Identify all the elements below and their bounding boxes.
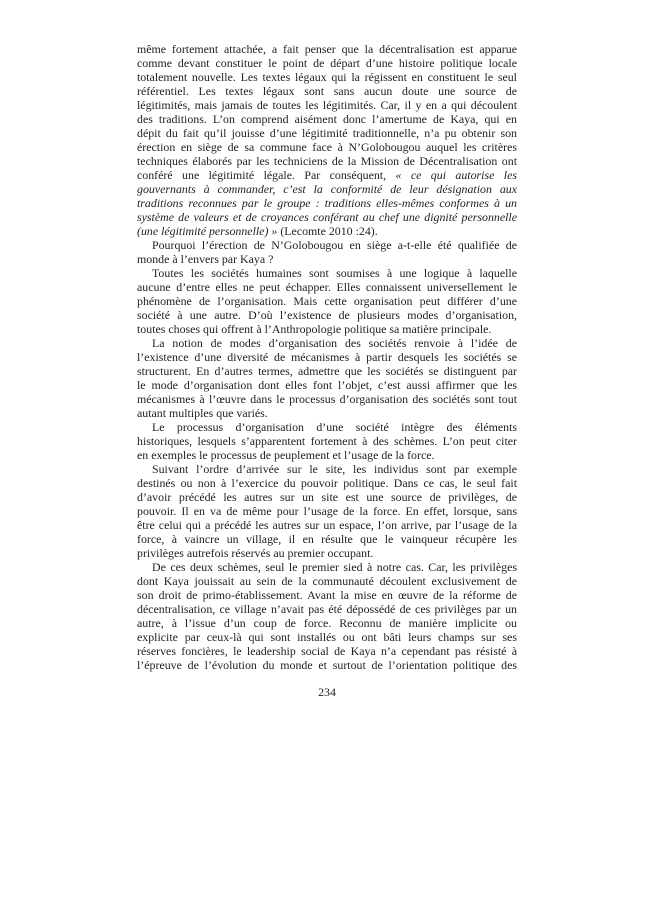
text-line: l’existence d’une diversité de mécanisme…: [137, 350, 517, 364]
text-line: comme devant constituer le point de dépa…: [137, 56, 517, 70]
text-line: autre, à l’issue d’un coup de force. Rec…: [137, 616, 517, 630]
text-line: pouvoir. Il en va de même pour l’usage d…: [137, 504, 517, 518]
document-page: même fortement attachée, a fait penser q…: [0, 0, 650, 920]
text-line: toutes choses qui offrent à l’Anthropolo…: [137, 322, 517, 336]
text-run: des traditions. L’on comprend aisément d…: [137, 112, 517, 126]
text-line: le mode d’organisation dont elles font l…: [137, 378, 517, 392]
text-run: destinés ou non à l’exercice du pouvoir …: [137, 476, 517, 490]
text-line: force, à vaincre un village, il en résul…: [137, 532, 517, 546]
text-run: société à une autre. D’où l’existence de…: [137, 308, 517, 322]
text-line: réserves foncières, le leadership social…: [137, 644, 517, 658]
text-line: autant multiples que variés.: [137, 406, 517, 420]
text-line: légitimités, mais jamais de toutes les l…: [137, 98, 517, 112]
text-line: historiques, lesquels s’apparentent fort…: [137, 434, 517, 448]
text-run: force, à vaincre un village, il en résul…: [137, 532, 517, 546]
italic-text-run: système de valeurs et de croyances confé…: [137, 210, 517, 224]
text-line: société à une autre. D’où l’existence de…: [137, 308, 517, 322]
text-line: De ces deux schèmes, seul le premier sie…: [137, 560, 517, 574]
text-run: comme devant constituer le point de dépa…: [137, 56, 517, 70]
text-run: La notion de modes d’organisation des so…: [152, 336, 517, 350]
text-run: (Lecomte 2010 :24).: [280, 224, 377, 238]
text-line: monde à l’envers par Kaya ?: [137, 252, 517, 266]
text-line: en exemples le processus de peuplement e…: [137, 448, 517, 462]
text-run: Suivant l’ordre d’arrivée sur le site, l…: [152, 462, 517, 476]
text-line: mécanismes à l’œuvre dans le processus d…: [137, 392, 517, 406]
italic-text-run: « ce qui autorise les: [396, 168, 518, 182]
text-line: explicite par ceux-là qui sont installés…: [137, 630, 517, 644]
italic-text-run: traditions reconnues par le groupe : tra…: [137, 196, 517, 210]
text-line: Pourquoi l’érection de N’Golobougou en s…: [137, 238, 517, 252]
text-run: toutes choses qui offrent à l’Anthropolo…: [137, 322, 491, 336]
text-run: l’épreuve de l’évolution du monde et sur…: [137, 658, 517, 672]
text-line: érection en siège de sa commune face à N…: [137, 140, 517, 154]
text-line: être celui qui a précédé les autres sur …: [137, 518, 517, 532]
text-run: érection en siège de sa commune face à N…: [137, 140, 517, 154]
text-line: Toutes les sociétés humaines sont soumis…: [137, 266, 517, 280]
text-run: De ces deux schèmes, seul le premier sie…: [152, 560, 517, 574]
paragraph: De ces deux schèmes, seul le premier sie…: [137, 560, 517, 672]
page-number: 234: [137, 685, 517, 699]
text-run: historiques, lesquels s’apparentent fort…: [137, 434, 517, 448]
paragraph: Suivant l’ordre d’arrivée sur le site, l…: [137, 462, 517, 560]
text-run: phénomène de l’organisation. Mais cette …: [137, 294, 517, 308]
text-run: monde à l’envers par Kaya ?: [137, 252, 273, 266]
text-run: Toutes les sociétés humaines sont soumis…: [152, 266, 517, 280]
text-run: dépit du fait qu’il jouisse d’une légiti…: [137, 126, 517, 140]
text-run: aucune d’entre elles ne peut échapper. E…: [137, 280, 517, 294]
text-run: Pourquoi l’érection de N’Golobougou en s…: [152, 238, 517, 252]
text-line: Suivant l’ordre d’arrivée sur le site, l…: [137, 462, 517, 476]
text-run: autant multiples que variés.: [137, 406, 268, 420]
page-text-block: même fortement attachée, a fait penser q…: [137, 42, 517, 672]
text-line: gouvernants à commander, c’est la confor…: [137, 182, 517, 196]
text-line: référentiel. Les textes légaux sont sans…: [137, 84, 517, 98]
text-run: être celui qui a précédé les autres sur …: [137, 518, 517, 532]
text-line: Le processus d’organisation d’une sociét…: [137, 420, 517, 434]
text-line: La notion de modes d’organisation des so…: [137, 336, 517, 350]
text-run: autre, à l’issue d’un coup de force. Rec…: [137, 616, 517, 630]
text-line: (une légitimité personnelle) » (Lecomte …: [137, 224, 517, 238]
text-run: pouvoir. Il en va de même pour l’usage d…: [137, 504, 517, 518]
paragraph: Le processus d’organisation d’une sociét…: [137, 420, 517, 462]
paragraph: même fortement attachée, a fait penser q…: [137, 42, 517, 238]
text-line: décentralisation, ce village n’avait pas…: [137, 602, 517, 616]
text-line: des traditions. L’on comprend aisément d…: [137, 112, 517, 126]
text-run: d’avoir précédé les autres sur un site e…: [137, 490, 517, 504]
text-line: l’épreuve de l’évolution du monde et sur…: [137, 658, 517, 672]
text-run: décentralisation, ce village n’avait pas…: [137, 602, 517, 616]
text-run: dont Kaya jouissait au sein de la commun…: [137, 574, 517, 588]
text-run: Le processus d’organisation d’une sociét…: [152, 420, 517, 434]
text-line: conféré une légitimité légale. Par consé…: [137, 168, 517, 182]
text-line: privilèges autrefois réservés au premier…: [137, 546, 517, 560]
paragraph: La notion de modes d’organisation des so…: [137, 336, 517, 420]
text-run: privilèges autrefois réservés au premier…: [137, 546, 373, 560]
text-run: son droit de primo-établissement. Avant …: [137, 588, 517, 602]
text-line: phénomène de l’organisation. Mais cette …: [137, 294, 517, 308]
text-line: totalement nouvelle. Les textes légaux q…: [137, 70, 517, 84]
text-run: en exemples le processus de peuplement e…: [137, 448, 434, 462]
text-run: légitimités, mais jamais de toutes les l…: [137, 98, 517, 112]
italic-text-run: (une légitimité personnelle) »: [137, 224, 280, 238]
text-line: son droit de primo-établissement. Avant …: [137, 588, 517, 602]
text-run: l’existence d’une diversité de mécanisme…: [137, 350, 517, 364]
text-line: destinés ou non à l’exercice du pouvoir …: [137, 476, 517, 490]
text-run: structurent. En d’autres termes, admettr…: [137, 364, 517, 378]
text-line: dépit du fait qu’il jouisse d’une légiti…: [137, 126, 517, 140]
text-run: totalement nouvelle. Les textes légaux q…: [137, 70, 517, 84]
text-line: traditions reconnues par le groupe : tra…: [137, 196, 517, 210]
text-run: techniques élaborés par les techniciens …: [137, 154, 517, 168]
text-run: mécanismes à l’œuvre dans le processus d…: [137, 392, 517, 406]
text-line: aucune d’entre elles ne peut échapper. E…: [137, 280, 517, 294]
text-line: techniques élaborés par les techniciens …: [137, 154, 517, 168]
text-line: d’avoir précédé les autres sur un site e…: [137, 490, 517, 504]
paragraph: Toutes les sociétés humaines sont soumis…: [137, 266, 517, 336]
text-run: même fortement attachée, a fait penser q…: [137, 42, 517, 56]
italic-text-run: gouvernants à commander, c’est la confor…: [137, 182, 517, 196]
text-line: système de valeurs et de croyances confé…: [137, 210, 517, 224]
text-line: dont Kaya jouissait au sein de la commun…: [137, 574, 517, 588]
text-line: structurent. En d’autres termes, admettr…: [137, 364, 517, 378]
text-line: même fortement attachée, a fait penser q…: [137, 42, 517, 56]
text-run: réserves foncières, le leadership social…: [137, 644, 517, 658]
text-run: référentiel. Les textes légaux sont sans…: [137, 84, 517, 98]
text-run: explicite par ceux-là qui sont installés…: [137, 630, 517, 644]
text-run: le mode d’organisation dont elles font l…: [137, 378, 517, 392]
paragraph: Pourquoi l’érection de N’Golobougou en s…: [137, 238, 517, 266]
text-run: conféré une légitimité légale. Par consé…: [137, 168, 396, 182]
